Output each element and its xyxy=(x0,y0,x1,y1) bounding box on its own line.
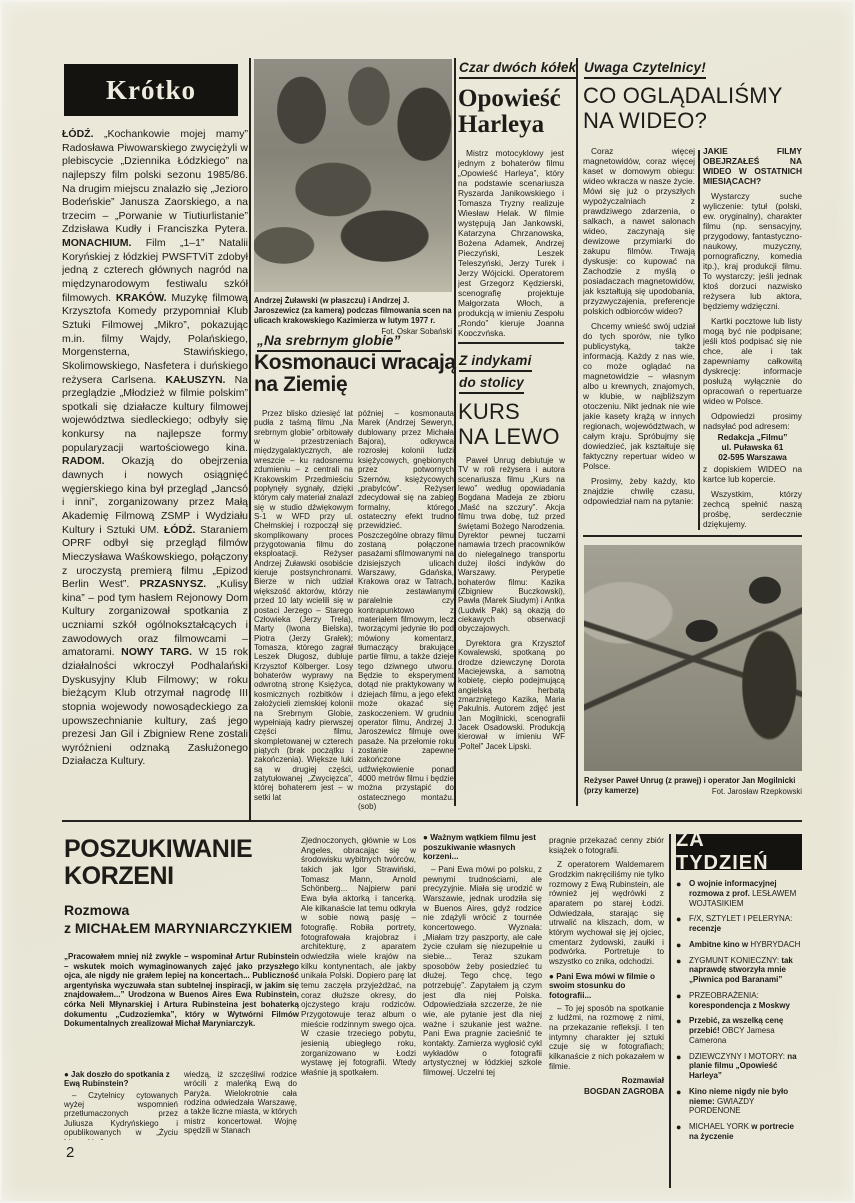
interview-answer-1-col3: Zjednoczonych, głównie w Los Angeles, ob… xyxy=(301,836,416,1190)
headline-wideo-line2: NA WIDEO? xyxy=(583,109,802,134)
kurs-paragraph-1: Paweł Unrug debiutuje w TV w roli reżyse… xyxy=(458,456,565,634)
page-number: 2 xyxy=(66,1144,74,1161)
photo1-caption-block: Andrzej Żuławski (w płaszczu) i Andrzej … xyxy=(254,296,452,337)
photo2-credit: Fot. Jarosław Rzepkowski xyxy=(712,787,802,797)
wideo-col1-paragraph-2: Chcemy wnieść swój udział do tych sporów… xyxy=(583,321,695,471)
wideo-col1-paragraph-3: Prosimy, żeby każdy, kto znajdzie chwilę… xyxy=(583,476,695,506)
interview-question-1: ● Jak doszło do spotkania z Ewą Rubinste… xyxy=(64,1070,178,1089)
za-tydzien-item: Ambitne kino w HYBRYDACH xyxy=(676,940,802,950)
newspaper-page: Krótko ŁÓDŹ. „Kochankowie mojej mamy” Ra… xyxy=(0,0,855,1203)
kicker-czar-dwoch-kolek: Czar dwóch kółek xyxy=(459,60,576,79)
za-tydzien-list: O wojnie informacyjnej rozmowa z prof. L… xyxy=(676,870,802,1142)
harley-article-body: Mistrz motocyklowy jest jednym z bohater… xyxy=(458,148,564,336)
headline-wideo-line1: CO OGLĄDALIŚMY xyxy=(583,84,802,109)
headline-kurs-na-lewo: KURS NA LEWO xyxy=(458,400,568,449)
wideo-question: JAKIE FILMY OBEJRZAŁEŚ NA WIDEO W OSTATN… xyxy=(703,146,802,186)
interview-qa-col-1: ● Jak doszło do spotkania z Ewą Rubinste… xyxy=(64,1070,178,1140)
interview-intro: „Pracowałem mniej niż zwykle – wspominał… xyxy=(64,952,299,1066)
interview-col5-paragraph-1: pragnie przekazać cenny zbiór książek o … xyxy=(549,836,664,855)
interview-signature: Rozmawiał BOGDAN ZAGROBA xyxy=(549,1076,664,1097)
kicker-z-indykami: Z indykami do stolicy xyxy=(459,352,532,394)
divider-horizontal-wideo xyxy=(583,535,802,537)
interview-col5-paragraph-2: Z operatorem Waldemarem Grodzkim nakręci… xyxy=(549,860,664,966)
kurs-article-body: Paweł Unrug debiutuje w TV w roli reżyse… xyxy=(458,456,565,806)
wideo-address-line1: Redakcja „Filmu” xyxy=(703,432,802,442)
wideo-col2-paragraph-2: Kartki pocztowe lub listy mogą być nie p… xyxy=(703,316,802,406)
photo-zulawski-filming xyxy=(254,59,452,292)
interview-answer-1-col1: – Czytelnicy cytowanych wyżej wspomnień … xyxy=(64,1091,178,1140)
globe-article-col-b: później – kosmonauta Marek (Andrzej Sewe… xyxy=(358,409,454,818)
photo1-caption: Andrzej Żuławski (w płaszczu) i Andrzej … xyxy=(254,296,452,325)
divider-horizontal-kurs xyxy=(458,342,564,344)
wideo-thanks: Wszystkim, którzy zechcą spełnić naszą p… xyxy=(703,489,802,529)
za-tydzien-item: F/X, SZTYLET I PELERYNA: recenzje xyxy=(676,914,802,934)
headline-kurs-line1: KURS xyxy=(458,400,568,425)
photo2-caption-block: Reżyser Paweł Unrug (z prawej) i operato… xyxy=(584,776,802,797)
headline-kurs-line2: NA LEWO xyxy=(458,425,568,450)
globe-article-col-a: Przez blisko dziesięć lat pudła z taśmą … xyxy=(254,409,353,818)
wideo-col2-paragraph-1: Wystarczy suche wyliczenie: tytuł (polsk… xyxy=(703,191,802,311)
za-tydzien-item: Kino nieme nigdy nie było nieme: GWIAZDY… xyxy=(676,1087,802,1116)
divider-vertical-5 xyxy=(669,834,671,1188)
interview-qa-col-5: pragnie przekazać cenny zbiór książek o … xyxy=(549,836,664,1190)
za-tydzien-box: ZA TYDZIEŃ O wojnie informacyjnej rozmow… xyxy=(676,834,802,1188)
interview-subtitle-line2: z MICHAŁEM MARYNIARCZYKIEM xyxy=(64,920,302,938)
divider-vertical-4 xyxy=(698,150,700,530)
divider-horizontal-main xyxy=(62,820,802,822)
headline-poszukiwanie-korzeni: POSZUKIWANIE KORZENI xyxy=(64,836,302,889)
briefs-body: ŁÓDŹ. „Kochankowie mojej mamy” Radosława… xyxy=(62,128,248,818)
za-tydzien-item: PRZEOBRAŻENIA: korespondencja z Moskwy xyxy=(676,991,802,1011)
wideo-col1-paragraph-1: Coraz więcej magnetowidów, coraz więcej … xyxy=(583,146,695,316)
kicker-uwaga-czytelnicy: Uwaga Czytelnicy! xyxy=(584,60,706,79)
za-tydzien-item: MICHAEL YORK w portrecie na życzenie xyxy=(676,1122,802,1142)
briefs-title: Krótko xyxy=(106,75,196,106)
interview-question-2: ● Ważnym wątkiem filmu jest poszukiwanie… xyxy=(423,833,542,862)
kurs-paragraph-2: Dyrektora gra Krzysztof Kowalewski, spot… xyxy=(458,639,565,751)
za-tydzien-item: ZYGMUNT KONIECZNY: tak naprawdę stworzył… xyxy=(676,956,802,985)
interview-answer-2: – Pani Ewa mówi po polsku, z pewnymi tru… xyxy=(423,865,542,1078)
wideo-col-2: JAKIE FILMY OBEJRZAŁEŚ NA WIDEO W OSTATN… xyxy=(703,146,802,532)
wideo-address-tail: z dopiskiem WIDEO na kartce lub kopercie… xyxy=(703,464,802,484)
kicker-na-srebrnym-globie: „Na srebrnym globie” xyxy=(257,333,401,352)
interview-answer-3: – To jej sposób na spotkanie z ludźmi, n… xyxy=(549,1004,664,1072)
divider-vertical-3 xyxy=(576,58,578,806)
headline-opowiesc-harleya: Opowieść Harleya xyxy=(458,86,566,139)
wideo-col-1: Coraz więcej magnetowidów, coraz więcej … xyxy=(583,146,695,531)
za-tydzien-item: Przebić, za wszelką cenę przebić! OBCY J… xyxy=(676,1016,802,1045)
headline-wideo: CO OGLĄDALIŚMY NA WIDEO? xyxy=(583,84,802,133)
kicker-z-indykami-line1: Z indykami xyxy=(459,353,532,372)
kicker-z-indykami-line2: do stolicy xyxy=(459,375,524,394)
interview-answer-1-col2: wiedzą, iż szczęśliwi rodzice wrócili z … xyxy=(184,1070,297,1140)
wideo-address-line2: ul. Puławska 61 xyxy=(703,442,802,452)
interview-signature-line1: Rozmawiał xyxy=(549,1076,664,1086)
interview-subtitle-line1: Rozmowa xyxy=(64,902,302,920)
za-tydzien-item: O wojnie informacyjnej rozmowa z prof. L… xyxy=(676,879,802,908)
photo-unrug-filming xyxy=(584,545,802,771)
wideo-address-line3: 02-595 Warszawa xyxy=(703,452,802,462)
wideo-address-lead: Odpowiedzi prosimy nadsyłać pod adresem: xyxy=(703,411,802,431)
interview-subtitle: Rozmowa z MICHAŁEM MARYNIARCZYKIEM xyxy=(64,902,302,937)
briefs-title-box: Krótko xyxy=(64,64,238,116)
headline-kosmonauci: Kosmonauci wracają na Ziemię xyxy=(254,352,460,397)
interview-question-3: ● Pani Ewa mówi w filmie o swoim stosunk… xyxy=(549,972,664,1001)
interview-qa-col-4: ● Ważnym wątkiem filmu jest poszukiwanie… xyxy=(423,833,542,1190)
divider-vertical-1 xyxy=(249,58,251,820)
za-tydzien-title: ZA TYDZIEŃ xyxy=(676,834,802,870)
interview-signature-line2: BOGDAN ZAGROBA xyxy=(549,1087,664,1097)
divider-vertical-2 xyxy=(454,58,456,806)
za-tydzien-item: DZIEWCZYNY I MOTORY: na planie filmu „Op… xyxy=(676,1052,802,1081)
